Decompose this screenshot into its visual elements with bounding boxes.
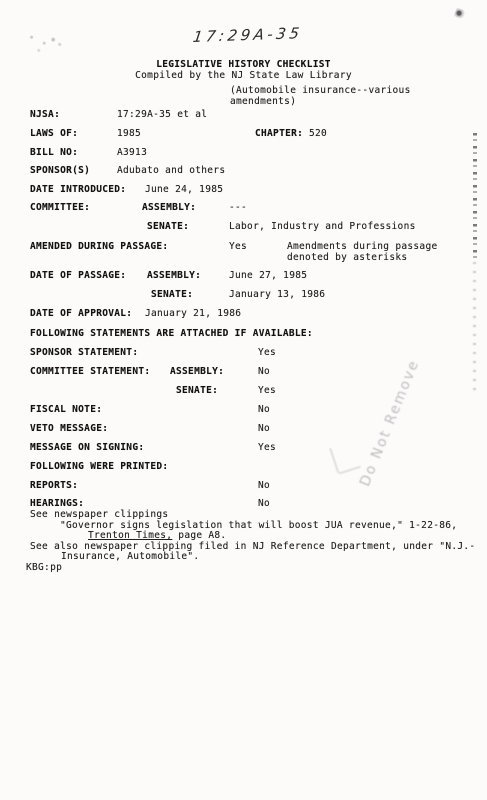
typist-initials: KBG:pp (26, 562, 62, 573)
fiscal-note-label: FISCAL NOTE: (30, 404, 102, 415)
date-introduced-value: June 24, 1985 (145, 184, 223, 195)
committee-assembly-value: --- (229, 202, 247, 213)
subject-note-line1: (Automobile insurance--various (230, 85, 411, 96)
statements-heading: FOLLOWING STATEMENTS ARE ATTACHED IF AVA… (30, 328, 313, 339)
scan-artifact-right-edge (473, 133, 477, 258)
committee-assembly-label: ASSEMBLY: (142, 202, 196, 213)
see-also-note-line2: Insurance, Automobile". (61, 551, 199, 562)
committee-statement-label: COMMITTEE STATEMENT: (30, 366, 150, 377)
do-not-remove-stamp: Do Not Remove (349, 337, 431, 510)
committee-statement-assembly-value: No (258, 366, 270, 377)
committee-statement-senate-value: Yes (258, 385, 276, 396)
committee-senate-label: SENATE: (147, 221, 189, 232)
veto-message-label: VETO MESSAGE: (30, 423, 108, 434)
njsa-value: 17:29A-35 et al (117, 109, 207, 120)
bill-no-label: BILL NO: (30, 147, 78, 158)
amended-label: AMENDED DURING PASSAGE: (30, 241, 168, 252)
passage-senate-label: SENATE: (151, 289, 193, 300)
stamp-edge-artifact (329, 441, 360, 475)
committee-label: COMMITTEE: (30, 202, 90, 213)
amended-value: Yes (229, 241, 247, 252)
hearings-label: HEARINGS: (30, 498, 84, 509)
sponsor-statement-value: Yes (258, 347, 276, 358)
printed-heading: FOLLOWING WERE PRINTED: (30, 461, 168, 472)
scan-artifact-top-left (28, 30, 64, 54)
scan-artifact-top-right (454, 8, 466, 20)
veto-message-value: No (258, 423, 270, 434)
message-on-signing-value: Yes (258, 442, 276, 453)
sponsors-label: SPONSOR(S) (30, 165, 90, 176)
see-clippings-note: See newspaper clippings (30, 509, 168, 520)
passage-assembly-label: ASSEMBLY: (147, 270, 201, 281)
doc-subtitle: Compiled by the NJ State Law Library (0, 70, 487, 81)
fiscal-note-value: No (258, 404, 270, 415)
reports-label: REPORTS: (30, 480, 78, 491)
sponsors-value: Adubato and others (117, 165, 225, 176)
committee-statement-senate-label: SENATE: (176, 385, 218, 396)
subject-note-line2: amendments) (230, 96, 296, 107)
date-introduced-label: DATE INTRODUCED: (30, 184, 126, 195)
date-of-approval-label: DATE OF APPROVAL: (30, 308, 132, 319)
handwritten-citation: 17:29A-35 (192, 24, 304, 46)
message-on-signing-label: MESSAGE ON SIGNING: (30, 442, 144, 453)
doc-title: LEGISLATIVE HISTORY CHECKLIST (0, 59, 487, 70)
laws-of-label: LAWS OF: (30, 128, 78, 139)
clipping-source: Trenton Times, (88, 530, 172, 541)
njsa-label: NJSA: (30, 109, 60, 120)
scan-artifact-right-edge-faint (473, 262, 476, 397)
laws-of-value: 1985 (117, 128, 141, 139)
clipping-page: page A8. (172, 530, 226, 541)
bill-no-value: A3913 (117, 147, 147, 158)
passage-senate-value: January 13, 1986 (229, 289, 325, 300)
date-of-approval-value: January 21, 1986 (145, 308, 241, 319)
date-of-passage-label: DATE OF PASSAGE: (30, 270, 126, 281)
committee-statement-assembly-label: ASSEMBLY: (170, 366, 224, 377)
chapter-value: 520 (309, 128, 327, 139)
amended-note-line2: denoted by asterisks (287, 252, 407, 263)
passage-assembly-value: June 27, 1985 (229, 270, 307, 281)
hearings-value: No (258, 498, 270, 509)
amended-note-line1: Amendments during passage (287, 241, 438, 252)
committee-senate-value: Labor, Industry and Professions (229, 221, 416, 232)
reports-value: No (258, 480, 270, 491)
chapter-label: CHAPTER: (255, 128, 303, 139)
document-page: 17:29A-35 Do Not Remove LEGISLATIVE HIST… (0, 0, 487, 800)
sponsor-statement-label: SPONSOR STATEMENT: (30, 347, 138, 358)
clipping-citation: Trenton Times, page A8. (88, 530, 226, 541)
